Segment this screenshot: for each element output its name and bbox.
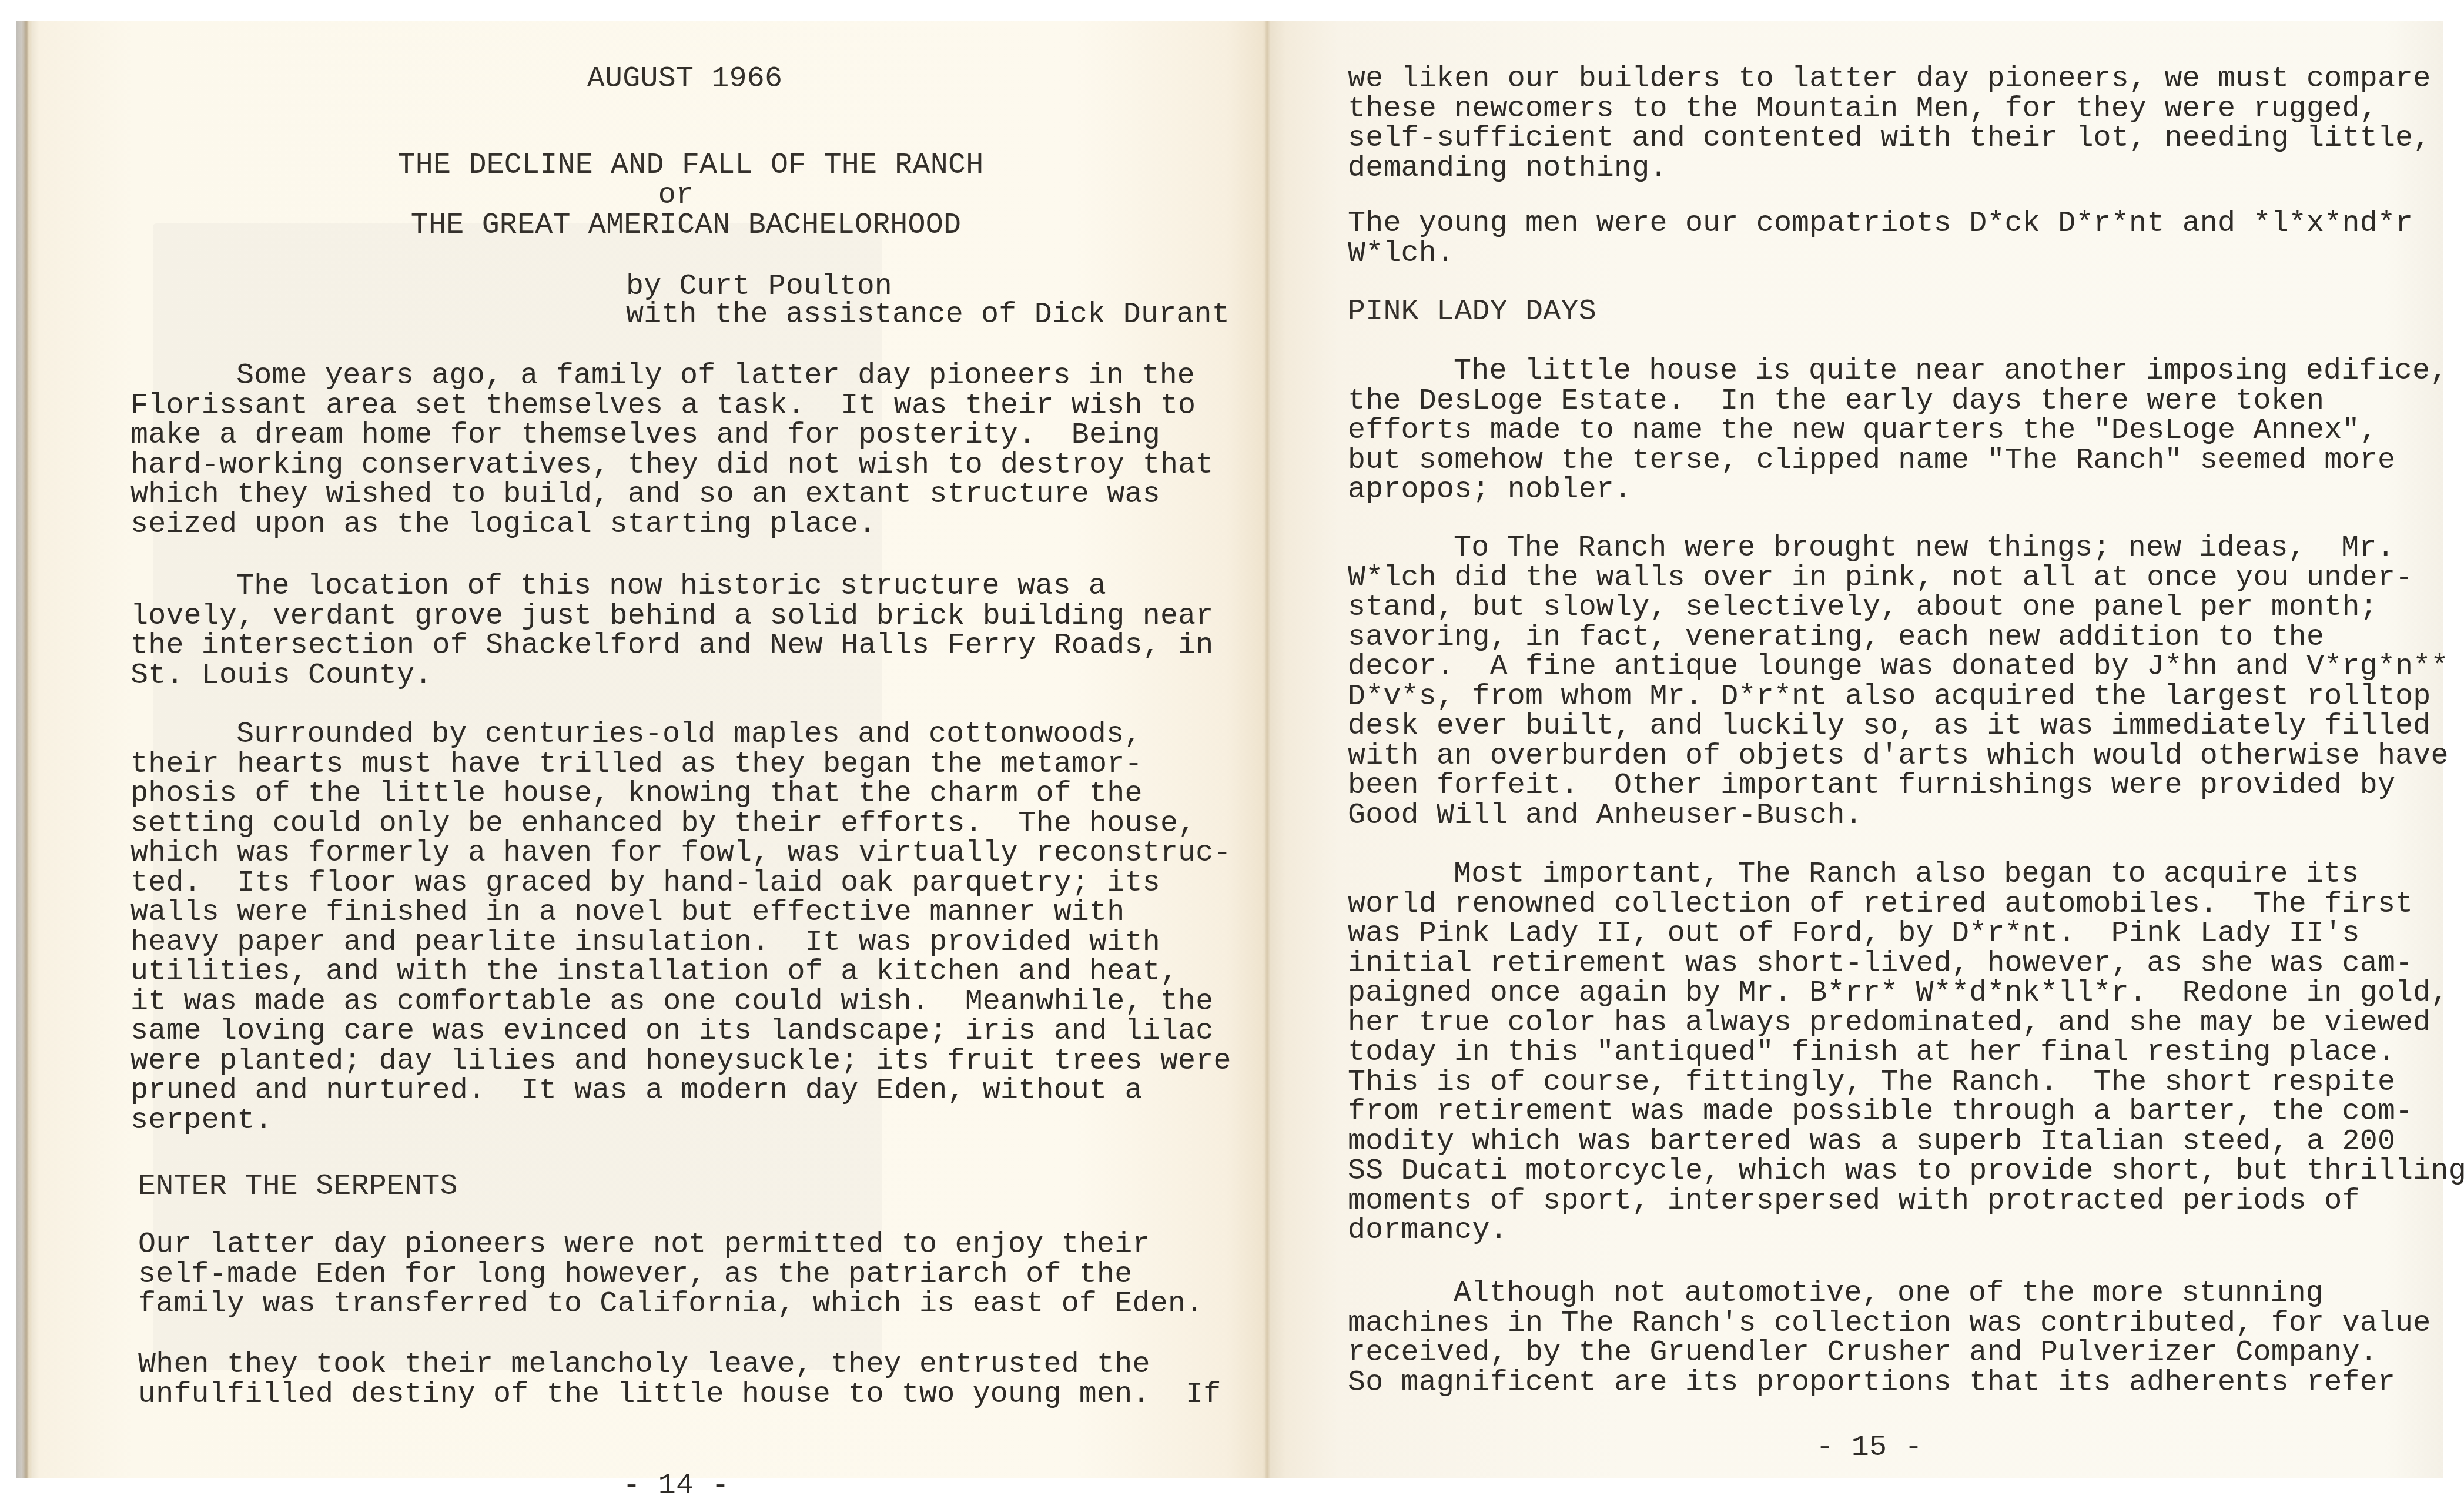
pink-lady-paragraph-3-line: moments of sport, interspersed with prot… bbox=[1348, 1187, 2360, 1216]
continuation-paragraph-line: self-sufficient and contented with their… bbox=[1348, 124, 2431, 153]
page-number-15: - 15 - bbox=[1816, 1433, 1922, 1463]
pink-lady-paragraph-3-line: modity which was bartered was a superb I… bbox=[1348, 1127, 2395, 1157]
young-men-paragraph-line: The young men were our compatriots D*ck … bbox=[1348, 209, 2413, 239]
byline: by Curt Poulton bbox=[626, 272, 892, 302]
page-number-14: - 14 - bbox=[622, 1471, 729, 1499]
left-paragraph-2-line: St. Louis County. bbox=[130, 661, 432, 691]
left-paragraph-3-line: pruned and nurtured. It was a modern day… bbox=[130, 1076, 1143, 1106]
center-gutter bbox=[1265, 21, 1271, 1478]
serpents-paragraph-2-line: When they took their melancholy leave, t… bbox=[138, 1350, 1150, 1380]
left-paragraph-2-line: the intersection of Shackelford and New … bbox=[130, 631, 1214, 661]
pink-lady-paragraph-3-line: This is of course, fittingly, The Ranch.… bbox=[1348, 1068, 2395, 1098]
pink-lady-paragraph-2-line: stand, but slowly, selectively, about on… bbox=[1348, 593, 2378, 623]
booklet-spread: AUGUST 1966 THE DECLINE AND FALL OF THE … bbox=[0, 0, 2464, 1499]
pink-lady-paragraph-3-line: her true color has always predominated, … bbox=[1348, 1009, 2431, 1038]
pink-lady-paragraph-2-line: been forfeit. Other important furnishing… bbox=[1348, 771, 2395, 801]
pink-lady-paragraph-4-line: Although not automotive, one of the more… bbox=[1454, 1279, 2324, 1309]
pink-lady-paragraph-1-line: efforts made to name the new quarters th… bbox=[1348, 416, 2378, 446]
serpents-paragraph-1-line: self-made Eden for long however, as the … bbox=[138, 1260, 1132, 1290]
left-paragraph-1-line: Florissant area set themselves a task. I… bbox=[130, 392, 1196, 421]
continuation-paragraph-line: we liken our builders to latter day pion… bbox=[1348, 65, 2431, 94]
continuation-paragraph-line: demanding nothing. bbox=[1348, 154, 1668, 183]
left-paragraph-3-line: were planted; day lilies and honeysuckle… bbox=[130, 1047, 1231, 1076]
pink-lady-paragraph-4-line: received, by the Gruendler Crusher and P… bbox=[1348, 1339, 2378, 1368]
assistance-credit: with the assistance of Dick Durant bbox=[626, 300, 1230, 330]
pink-lady-paragraph-1-line: apropos; nobler. bbox=[1348, 476, 1632, 505]
pink-lady-paragraph-2-line: desk ever built, and luckily so, as it w… bbox=[1348, 712, 2431, 741]
left-paragraph-3-line: their hearts must have trilled as they b… bbox=[130, 750, 1143, 779]
left-paragraph-1-line: seized upon as the logical starting plac… bbox=[130, 510, 876, 540]
pink-lady-paragraph-1-line: but somehow the terse, clipped name "The… bbox=[1348, 446, 2395, 476]
pink-lady-paragraph-2-line: with an overburden of objets d'arts whic… bbox=[1348, 742, 2449, 771]
pink-lady-paragraph-1-line: the DesLoge Estate. In the early days th… bbox=[1348, 387, 2324, 416]
left-paragraph-1-line: hard-working conservatives, they did not… bbox=[130, 451, 1214, 480]
left-paragraph-3-line: which was formerly a haven for fowl, was… bbox=[130, 839, 1231, 868]
continuation-paragraph-line: these newcomers to the Mountain Men, for… bbox=[1348, 95, 2378, 124]
article-title-line-1: THE DECLINE AND FALL OF THE RANCH bbox=[398, 151, 984, 180]
left-paragraph-3-line: ted. Its floor was graced by hand-laid o… bbox=[130, 869, 1160, 898]
pink-lady-paragraph-2-line: savoring, in fact, venerating, each new … bbox=[1348, 623, 2324, 653]
pink-lady-paragraph-3-line: was Pink Lady II, out of Ford, by D*r*nt… bbox=[1348, 919, 2360, 949]
section-heading-enter-the-serpents: ENTER THE SERPENTS bbox=[138, 1172, 458, 1202]
left-paragraph-3-line: same loving care was evinced on its land… bbox=[130, 1017, 1214, 1046]
left-paragraph-1-line: Some years ago, a family of latter day p… bbox=[236, 362, 1195, 391]
left-paragraph-1-line: make a dream home for themselves and for… bbox=[130, 421, 1160, 450]
left-paragraph-3-line: phosis of the little house, knowing that… bbox=[130, 779, 1143, 809]
pink-lady-paragraph-2-line: decor. A fine antique lounge was donated… bbox=[1348, 653, 2449, 682]
pink-lady-paragraph-3-line: paigned once again by Mr. B*rr* W**d*nk*… bbox=[1348, 979, 2449, 1008]
left-paragraph-3-line: walls were finished in a novel but effec… bbox=[130, 898, 1124, 928]
serpents-paragraph-1-line: family was transferred to California, wh… bbox=[138, 1290, 1203, 1319]
left-paragraph-3-line: utilities, and with the installation of … bbox=[130, 958, 1178, 987]
pink-lady-paragraph-3-line: Most important, The Ranch also began to … bbox=[1454, 860, 2359, 889]
serpents-paragraph-2-line: unfulfilled destiny of the little house … bbox=[138, 1380, 1221, 1410]
left-paragraph-3-line: heavy paper and pearlite insulation. It … bbox=[130, 928, 1160, 958]
serpents-paragraph-1-line: Our latter day pioneers were not permitt… bbox=[138, 1230, 1150, 1260]
pink-lady-paragraph-3-line: SS Ducati motorcycle, which was to provi… bbox=[1348, 1157, 2464, 1186]
left-paragraph-3-line: setting could only be enhanced by their … bbox=[130, 809, 1196, 839]
left-paragraph-2-line: The location of this now historic struct… bbox=[236, 572, 1106, 601]
pink-lady-paragraph-2-line: Good Will and Anheuser-Busch. bbox=[1348, 801, 1863, 831]
left-paragraph-3-line: serpent. bbox=[130, 1106, 273, 1136]
pink-lady-paragraph-3-line: world renowned collection of retired aut… bbox=[1348, 890, 2413, 919]
article-title-connector: or bbox=[658, 181, 694, 210]
pink-lady-paragraph-1-line: The little house is quite near another i… bbox=[1454, 357, 2448, 386]
pink-lady-paragraph-4-line: So magnificent are its proportions that … bbox=[1348, 1368, 2395, 1398]
left-paragraph-1-line: which they wished to build, and so an ex… bbox=[130, 480, 1160, 510]
issue-date: AUGUST 1966 bbox=[587, 65, 782, 94]
left-paragraph-3-line: Surrounded by centuries-old maples and c… bbox=[236, 720, 1141, 749]
section-heading-pink-lady-days: PINK LADY DAYS bbox=[1348, 297, 1596, 327]
pink-lady-paragraph-3-line: today in this "antiqued" finish at her f… bbox=[1348, 1038, 2395, 1068]
pink-lady-paragraph-3-line: from retirement was made possible throug… bbox=[1348, 1098, 2413, 1127]
young-men-paragraph-line: W*lch. bbox=[1348, 239, 1454, 269]
left-paragraph-3-line: it was made as comfortable as one could … bbox=[130, 988, 1214, 1017]
pink-lady-paragraph-2-line: To The Ranch were brought new things; ne… bbox=[1454, 534, 2395, 563]
pink-lady-paragraph-4-line: machines in The Ranch's collection was c… bbox=[1348, 1309, 2431, 1339]
pink-lady-paragraph-3-line: initial retirement was short-lived, howe… bbox=[1348, 949, 2413, 979]
article-title-line-2: THE GREAT AMERICAN BACHELORHOOD bbox=[411, 211, 961, 240]
pink-lady-paragraph-2-line: D*v*s, from whom Mr. D*r*nt also acquire… bbox=[1348, 682, 2431, 712]
binding-edge bbox=[16, 21, 32, 1478]
pink-lady-paragraph-3-line: dormancy. bbox=[1348, 1216, 1508, 1246]
left-paragraph-2-line: lovely, verdant grove just behind a soli… bbox=[130, 602, 1214, 631]
pink-lady-paragraph-2-line: W*lch did the walls over in pink, not al… bbox=[1348, 564, 2413, 593]
